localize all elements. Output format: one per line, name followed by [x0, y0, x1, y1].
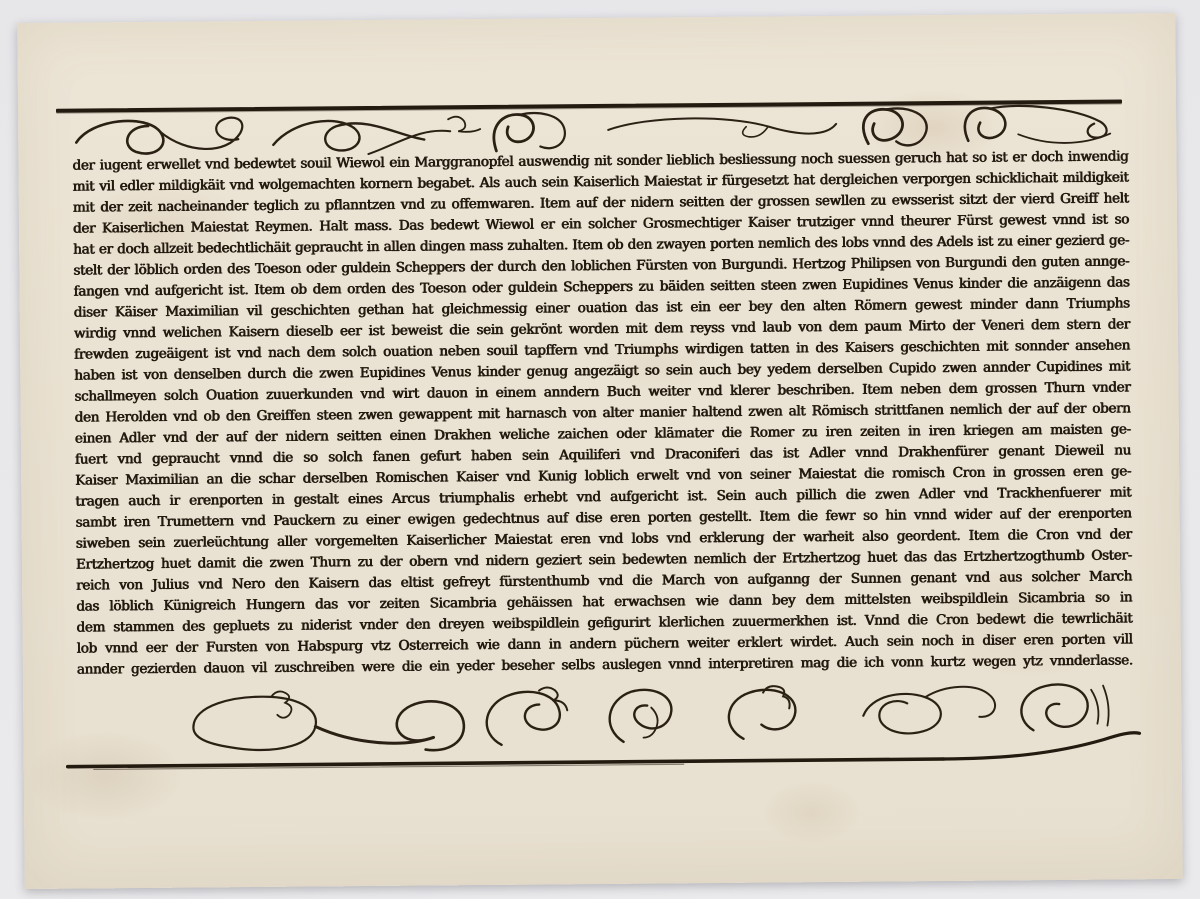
body-text: der iugent erwellet vnd bedewtet souil W… — [72, 146, 1133, 680]
calligraphy-flourish-bottom — [103, 679, 1124, 766]
bottom-rule — [63, 727, 1173, 773]
document-sheet: der iugent erwellet vnd bedewtet souil W… — [17, 13, 1183, 889]
scan-background: der iugent erwellet vnd bedewtet souil W… — [0, 0, 1200, 899]
top-rule — [56, 99, 1122, 112]
